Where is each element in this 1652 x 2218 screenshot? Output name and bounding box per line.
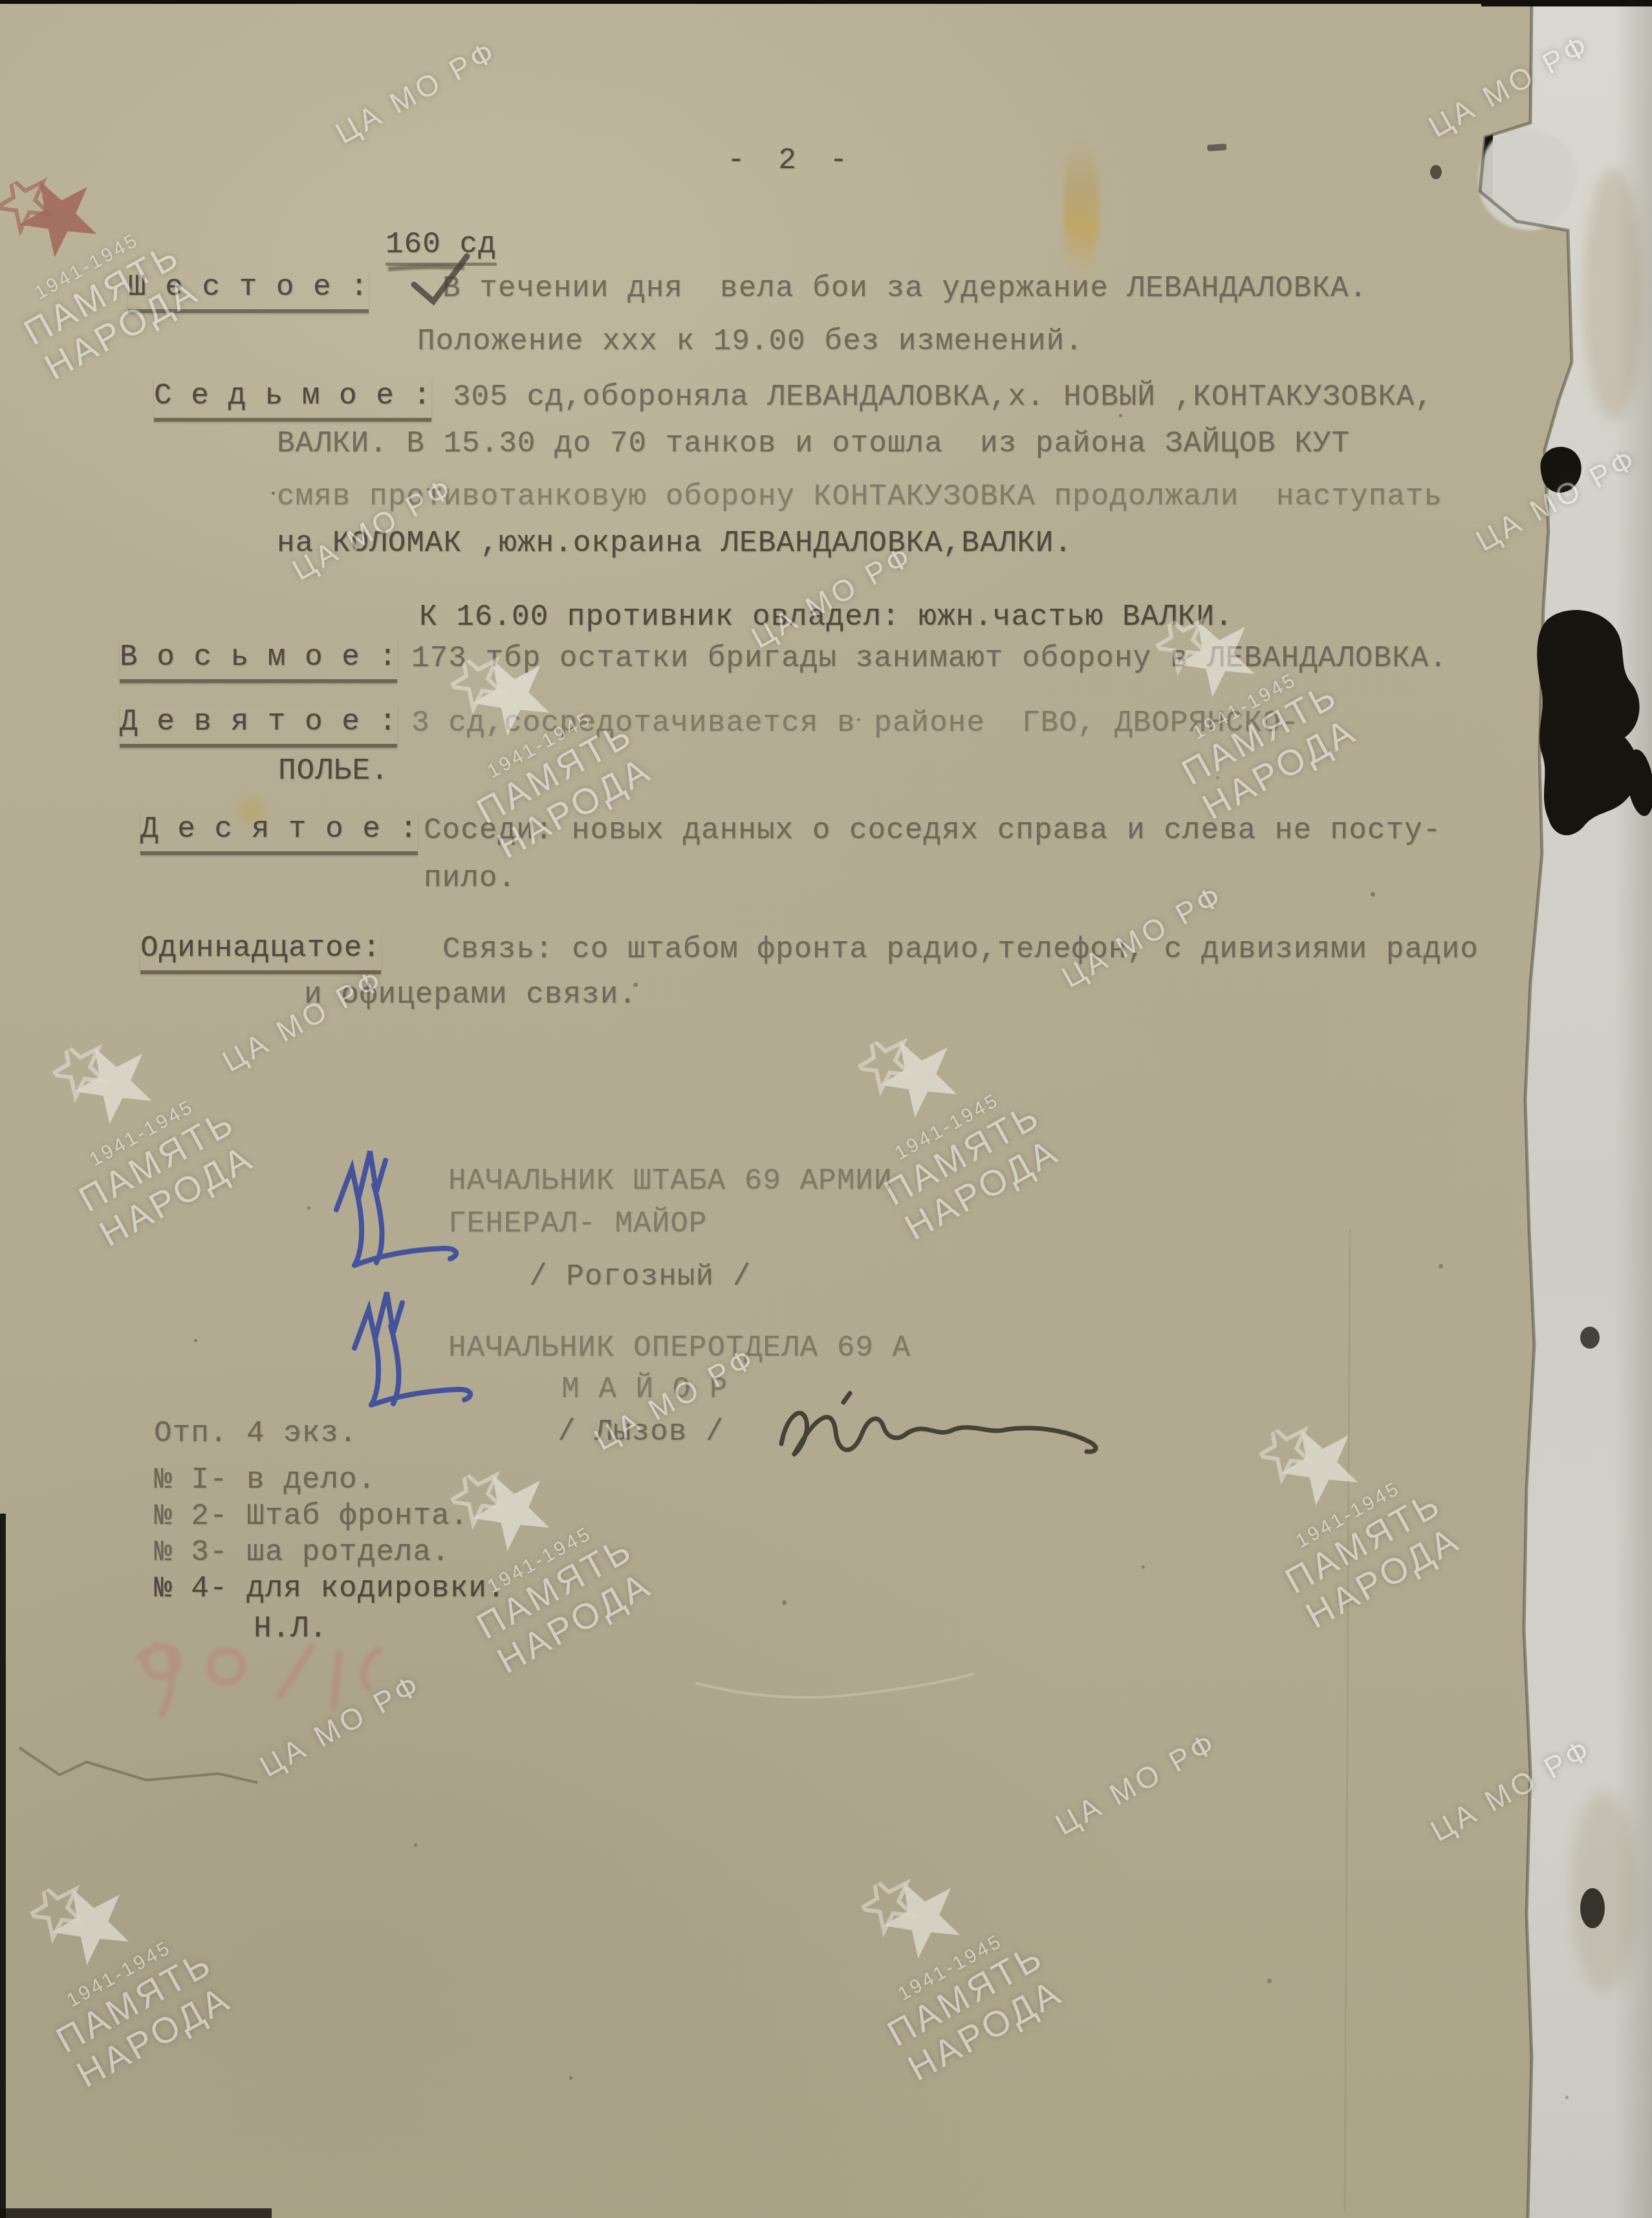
ink-annotations <box>0 0 1652 2218</box>
scanned-military-document: - 2 - 160 сд Ш е с т о е : В течении дня… <box>0 0 1652 2218</box>
handwritten-signature <box>781 1393 1096 1454</box>
blue-ink-mark-1 <box>336 1151 456 1265</box>
pink-pencil-scribble <box>139 1646 379 1714</box>
blue-ink-mark-2 <box>354 1292 470 1405</box>
pencil-line-160 <box>388 266 464 269</box>
pencil-check-mark <box>414 256 467 301</box>
